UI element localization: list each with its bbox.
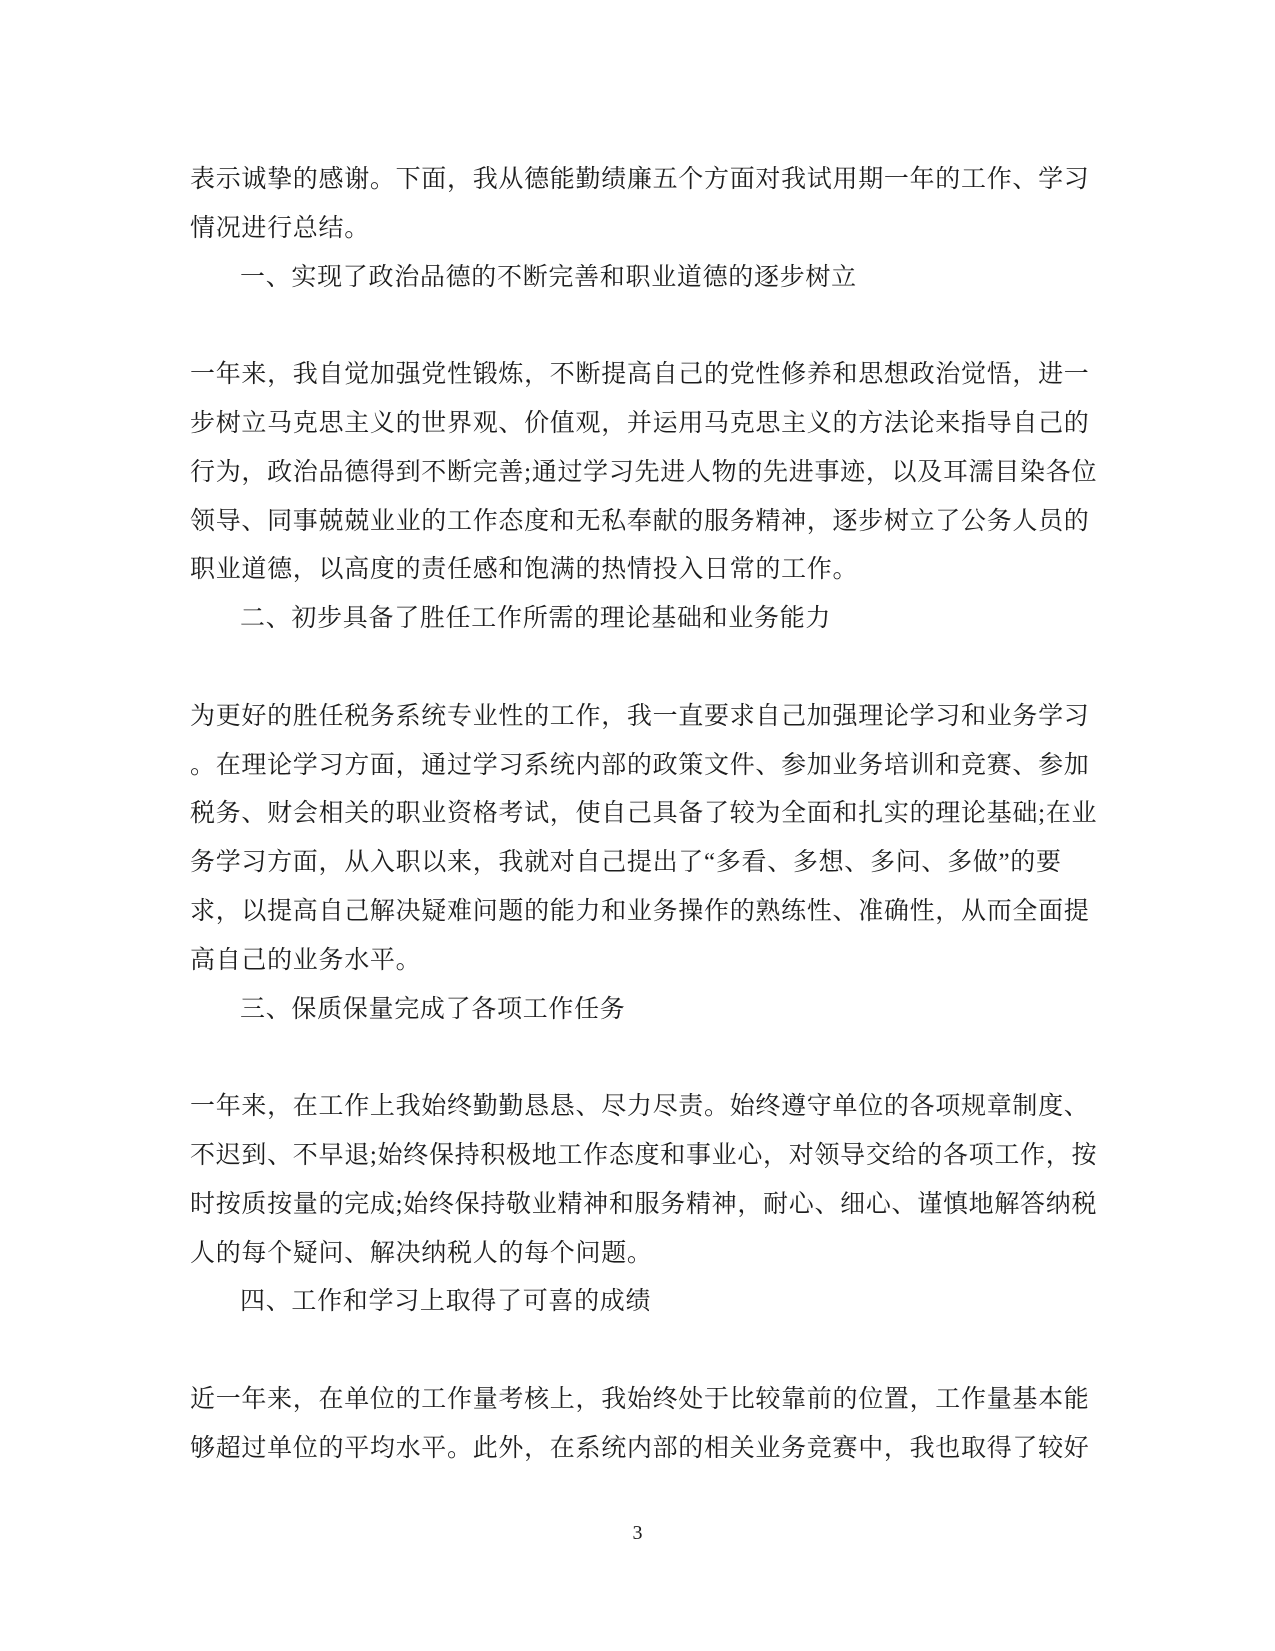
text-block: 表示诚挚的感谢。下面，我从德能勤绩廉五个方面对我试用期一年的工作、学习 情况进行…: [190, 156, 1150, 1474]
section-heading-2: 二、初步具备了胜任工作所需的理论基础和业务能力: [190, 595, 1150, 644]
paragraph-section-4: 近一年来，在单位的工作量考核上，我始终处于比较靠前的位置，工作量基本能 够超过单…: [190, 1376, 1150, 1474]
page-number: 3: [0, 1518, 1275, 1548]
section-heading-1: 一、实现了政治品德的不断完善和职业道德的逐步树立: [190, 254, 1150, 303]
paragraph-intro: 表示诚挚的感谢。下面，我从德能勤绩廉五个方面对我试用期一年的工作、学习 情况进行…: [190, 156, 1150, 254]
section-heading-3: 三、保质保量完成了各项工作任务: [190, 986, 1150, 1035]
paragraph-section-3: 一年来，在工作上我始终勤勤恳恳、尽力尽责。始终遵守单位的各项规章制度、 不迟到、…: [190, 1083, 1150, 1278]
document-page: 表示诚挚的感谢。下面，我从德能勤绩廉五个方面对我试用期一年的工作、学习 情况进行…: [0, 0, 1275, 1651]
section-heading-4: 四、工作和学习上取得了可喜的成绩: [190, 1278, 1150, 1327]
paragraph-section-2: 为更好的胜任税务系统专业性的工作，我一直要求自己加强理论学习和业务学习 。在理论…: [190, 693, 1150, 986]
paragraph-section-1: 一年来，我自觉加强党性锻炼，不断提高自己的党性修养和思想政治觉悟，进一 步树立马…: [190, 351, 1150, 595]
